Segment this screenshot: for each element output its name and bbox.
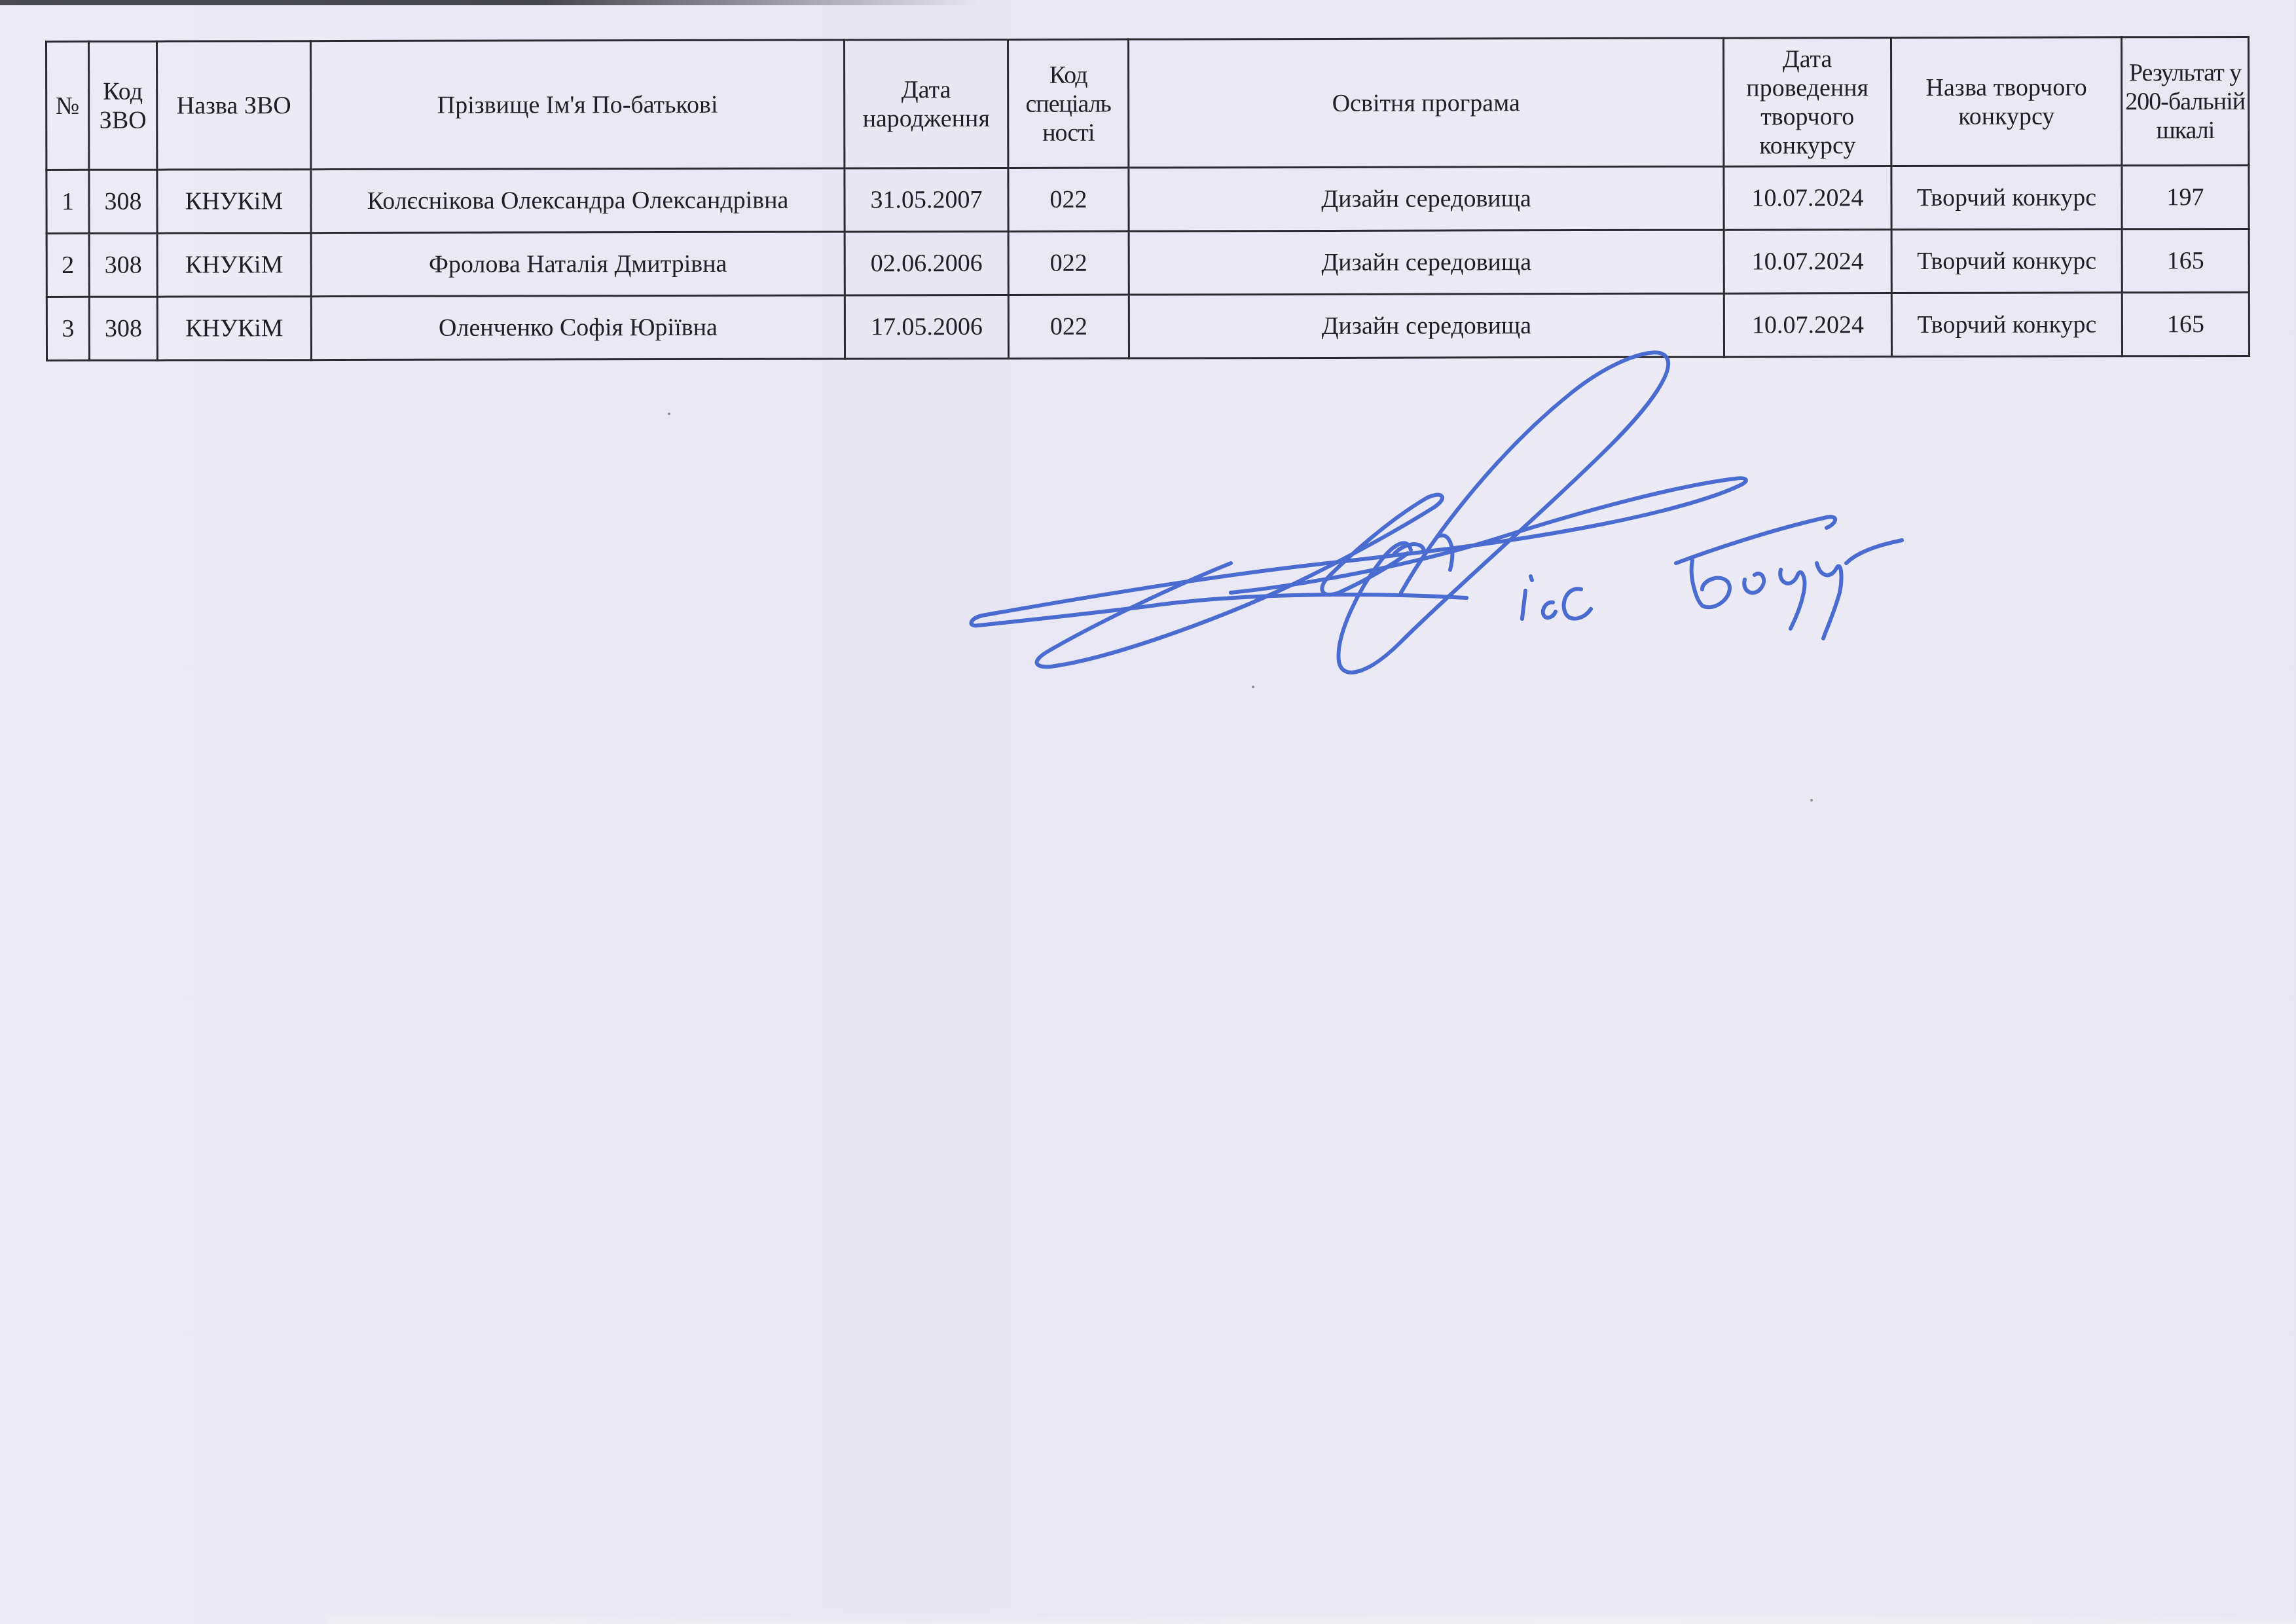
cell-institution-code: 308 <box>89 297 157 360</box>
scan-edge-bottom <box>327 1612 2296 1624</box>
cell-institution-name: КНУКіМ <box>157 170 311 233</box>
cell-score: 165 <box>2122 292 2249 356</box>
cell-specialty-code: 022 <box>1008 231 1129 295</box>
cell-contest-date: 10.07.2024 <box>1724 166 1891 231</box>
cell-institution-code: 308 <box>89 170 157 233</box>
cell-birth-date: 17.05.2006 <box>845 295 1008 359</box>
cell-institution-name: КНУКіМ <box>157 297 311 360</box>
scan-speck <box>1252 686 1254 688</box>
table-header-row: № Код ЗВО Назва ЗВО Прізвище Ім'я По-бат… <box>46 37 2249 170</box>
scan-speck <box>1810 799 1813 802</box>
header-score: Результат у 200-бальній шкалі <box>2121 37 2248 165</box>
cell-full-name: Оленченко Софія Юріївна <box>311 295 845 360</box>
header-full-name: Прізвище Ім'я По-батькові <box>311 40 845 170</box>
cell-contest-name: Творчий конкурс <box>1891 166 2122 230</box>
scan-speck <box>668 413 670 415</box>
cell-institution-name: КНУКіМ <box>157 233 311 297</box>
cell-score: 197 <box>2122 165 2249 229</box>
cell-full-name: Фролова Наталія Дмитрівна <box>311 232 845 297</box>
header-institution-name: Назва ЗВО <box>157 41 311 170</box>
cell-program: Дизайн середовища <box>1129 293 1724 358</box>
cell-program: Дизайн середовища <box>1129 166 1724 231</box>
cell-specialty-code: 022 <box>1008 168 1129 231</box>
header-number: № <box>46 41 89 170</box>
table-row: 2 308 КНУКіМ Фролова Наталія Дмитрівна 0… <box>46 229 2249 297</box>
cell-contest-date: 10.07.2024 <box>1724 293 1891 358</box>
header-birth-date: Дата народження <box>845 39 1008 168</box>
header-institution-code: Код ЗВО <box>89 41 157 170</box>
cell-number: 2 <box>46 233 89 297</box>
cell-specialty-code: 022 <box>1008 295 1129 358</box>
cell-contest-name: Творчий конкурс <box>1891 293 2122 357</box>
cell-contest-name: Творчий конкурс <box>1891 229 2122 293</box>
cell-contest-date: 10.07.2024 <box>1724 230 1891 294</box>
header-contest-name: Назва творчого конкурсу <box>1891 37 2121 166</box>
table-row: 1 308 КНУКіМ Колєснікова Олександра Олек… <box>46 165 2249 233</box>
cell-score: 165 <box>2122 229 2249 292</box>
header-contest-date: Дата проведення творчого конкурсу <box>1723 38 1891 167</box>
scan-edge-top <box>0 0 982 5</box>
header-program: Освітня програма <box>1128 38 1723 168</box>
cell-institution-code: 308 <box>89 233 157 297</box>
cell-birth-date: 31.05.2007 <box>845 168 1008 232</box>
cell-number: 1 <box>46 170 89 233</box>
table-row: 3 308 КНУКіМ Оленченко Софія Юріївна 17.… <box>46 292 2249 360</box>
cell-number: 3 <box>46 297 89 360</box>
header-specialty-code: Код спеціаль ності <box>1008 39 1128 168</box>
cell-birth-date: 02.06.2006 <box>845 231 1008 295</box>
results-table: № Код ЗВО Назва ЗВО Прізвище Ім'я По-бат… <box>45 36 2250 361</box>
cell-program: Дизайн середовища <box>1129 230 1724 295</box>
results-table-container: № Код ЗВО Назва ЗВО Прізвище Ім'я По-бат… <box>45 36 2250 361</box>
cell-full-name: Колєснікова Олександра Олександрівна <box>311 168 845 233</box>
